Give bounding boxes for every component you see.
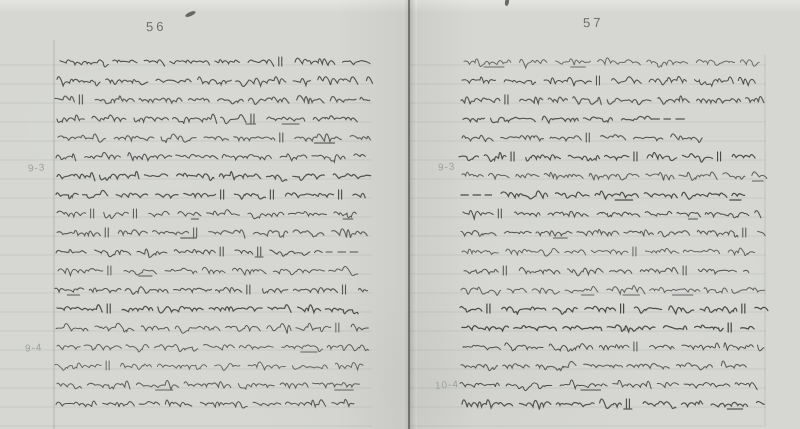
page-number-right: 57 [583,15,604,31]
margin-annotation: 9-3 [28,162,46,174]
margin-annotation: 9-3 [438,161,456,173]
margin-annotation: 9-4 [25,342,43,354]
page-number-left: 56 [146,19,167,35]
manuscript-scan: 56 57 9-3 9-4 9-3 10-4 [0,0,800,429]
margin-annotation: 10-4 [435,379,460,392]
ruled-lines-and-handwriting-canvas [0,0,800,429]
